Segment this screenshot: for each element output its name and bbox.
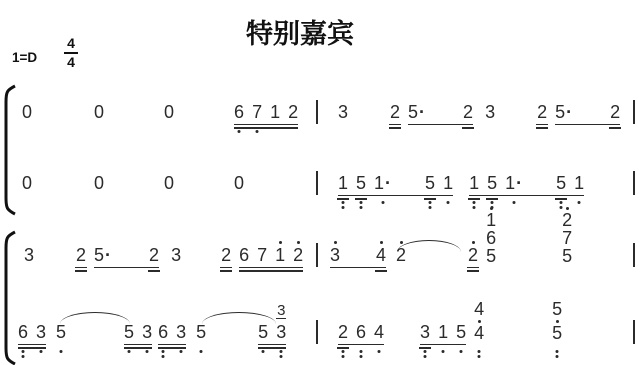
sheet-music-page: 特别嘉宾 1=D 4 4 0006712 325·2325·2 0000 151… [0,0,641,365]
beam-group: 264 [338,322,384,358]
note-digit: 3 [420,322,430,342]
note-column: 2 [610,102,620,122]
note-digit: 2 [562,211,572,229]
note-column: 5 [124,322,134,342]
note-column: 3 [420,322,430,342]
octave-dot-below [342,355,345,358]
barline [316,320,318,344]
chord-note: 5 [552,300,562,324]
barline [633,320,635,344]
octave-dot-below [460,350,463,353]
beam-group: 63 [158,322,186,358]
note-column: 2 [288,102,298,122]
octave-dot-below [280,355,283,358]
note-digit: 5 [552,324,562,342]
note-digit: 3 [142,322,152,342]
note-column: 3 [142,322,152,342]
barline [316,243,318,267]
note-column: 2 [293,239,303,265]
note-digit: 4 [474,324,484,342]
note-digit: 3 [176,322,186,342]
octave-dot-below [22,355,25,358]
staff4-measure1: 63553635533 [16,208,286,358]
barline [633,171,635,195]
barline [316,100,318,124]
note-digit: 7 [562,229,572,247]
octave-dot-below [22,350,25,353]
octave-dot-below [280,350,283,353]
beam-line [258,344,286,346]
beam-line [18,344,46,346]
note-digit: 2 [288,102,298,122]
note-column: 5 [258,322,268,342]
beam-line [158,344,186,346]
beam-line [158,347,186,349]
note-digit: 4 [374,322,384,342]
octave-dot-below [60,350,63,353]
note-column: 5 [56,322,66,342]
note-digit: 5 [124,322,134,342]
note-digit: 1 [574,173,584,193]
note-column: 1 [574,173,584,193]
note-digit: 2 [610,102,620,122]
note-digit: 5 [552,300,562,318]
note-digit: 5 [456,322,466,342]
barline [316,171,318,195]
underline-beam [337,347,349,349]
beam-line [258,347,286,349]
beam-line [124,344,152,346]
barline [633,243,635,267]
octave-dot-below [478,350,481,353]
note-digit: 7 [252,102,262,122]
note-column: 3 [36,322,46,342]
beam-line [338,344,384,346]
chord-note: 7 [562,229,572,247]
octave-dot-below [162,355,165,358]
note-digit: 4 [474,300,484,318]
chord-note: 5 [562,247,572,265]
octave-dot-below [262,350,265,353]
octave-dot-below [128,350,131,353]
beam-group: 315 [420,322,466,358]
chord-note: 2 [562,205,572,229]
note: 5 [196,322,206,358]
note-digit: 6 [356,322,366,342]
note-digit: 2 [338,322,348,342]
note-column: 1 [270,102,280,122]
octave-dot-below [556,350,559,353]
octave-dot-below [424,355,427,358]
note-digit: 6 [18,322,28,342]
note-digit: 1 [270,102,280,122]
note-digit: 3 [276,322,286,342]
octave-dot-below [40,350,43,353]
note-digit: 5 [258,322,268,342]
octave-dot-below [200,350,203,353]
note: 5 [56,322,66,358]
chord-upper-note: 3 [276,303,286,319]
note-digit: 2 [293,245,303,265]
note-digit: 5 [196,322,206,342]
underline-beam [419,347,431,349]
note-column: 1 [438,322,448,342]
barline [633,100,635,124]
beam-line [420,344,466,346]
octave-dot-below [578,201,581,204]
note-digit: 5 [56,322,66,342]
beam-group: 63 [18,322,46,358]
octave-dot-below [556,355,559,358]
chord-note: 4 [474,300,484,324]
octave-dot-below [180,350,183,353]
beam-line [18,347,46,349]
note-column: 6 [158,322,168,342]
note-digit: 5 [562,247,572,265]
underline-beam [609,127,621,129]
note-digit: 3 [36,322,46,342]
octave-dot-below [478,355,481,358]
beam-group: 53 [124,322,152,358]
octave-dot-below [378,350,381,353]
note-column: 2 [338,322,348,342]
note-digit: 6 [158,322,168,342]
beam-line [124,347,152,349]
beam-group: 533 [258,303,286,358]
octave-dot-below [342,350,345,353]
note-column: 4 [374,322,384,342]
note-column: 3 [176,322,186,342]
chord-note: 5 [552,324,562,342]
octave-dot-below [424,350,427,353]
octave-dot-below [360,355,363,358]
note-column: 5 [456,322,466,342]
octave-dot-below [442,350,445,353]
octave-dot [297,241,300,244]
note-column: 33 [276,303,286,342]
chord-note: 4 [474,324,484,342]
chord: 55 [552,300,562,358]
chord: 44 [474,300,484,358]
note-column: 6 [356,322,366,342]
note-column: 5 [196,322,206,342]
octave-dot-below [146,350,149,353]
staff4-measure2: 2643154455 [330,208,562,358]
octave-dot-below [360,350,363,353]
note-digit: 1 [438,322,448,342]
note-column: 7 [252,102,262,122]
chord: 275 [562,205,572,281]
note-column: 6 [18,322,28,342]
octave-dot-below [162,350,165,353]
